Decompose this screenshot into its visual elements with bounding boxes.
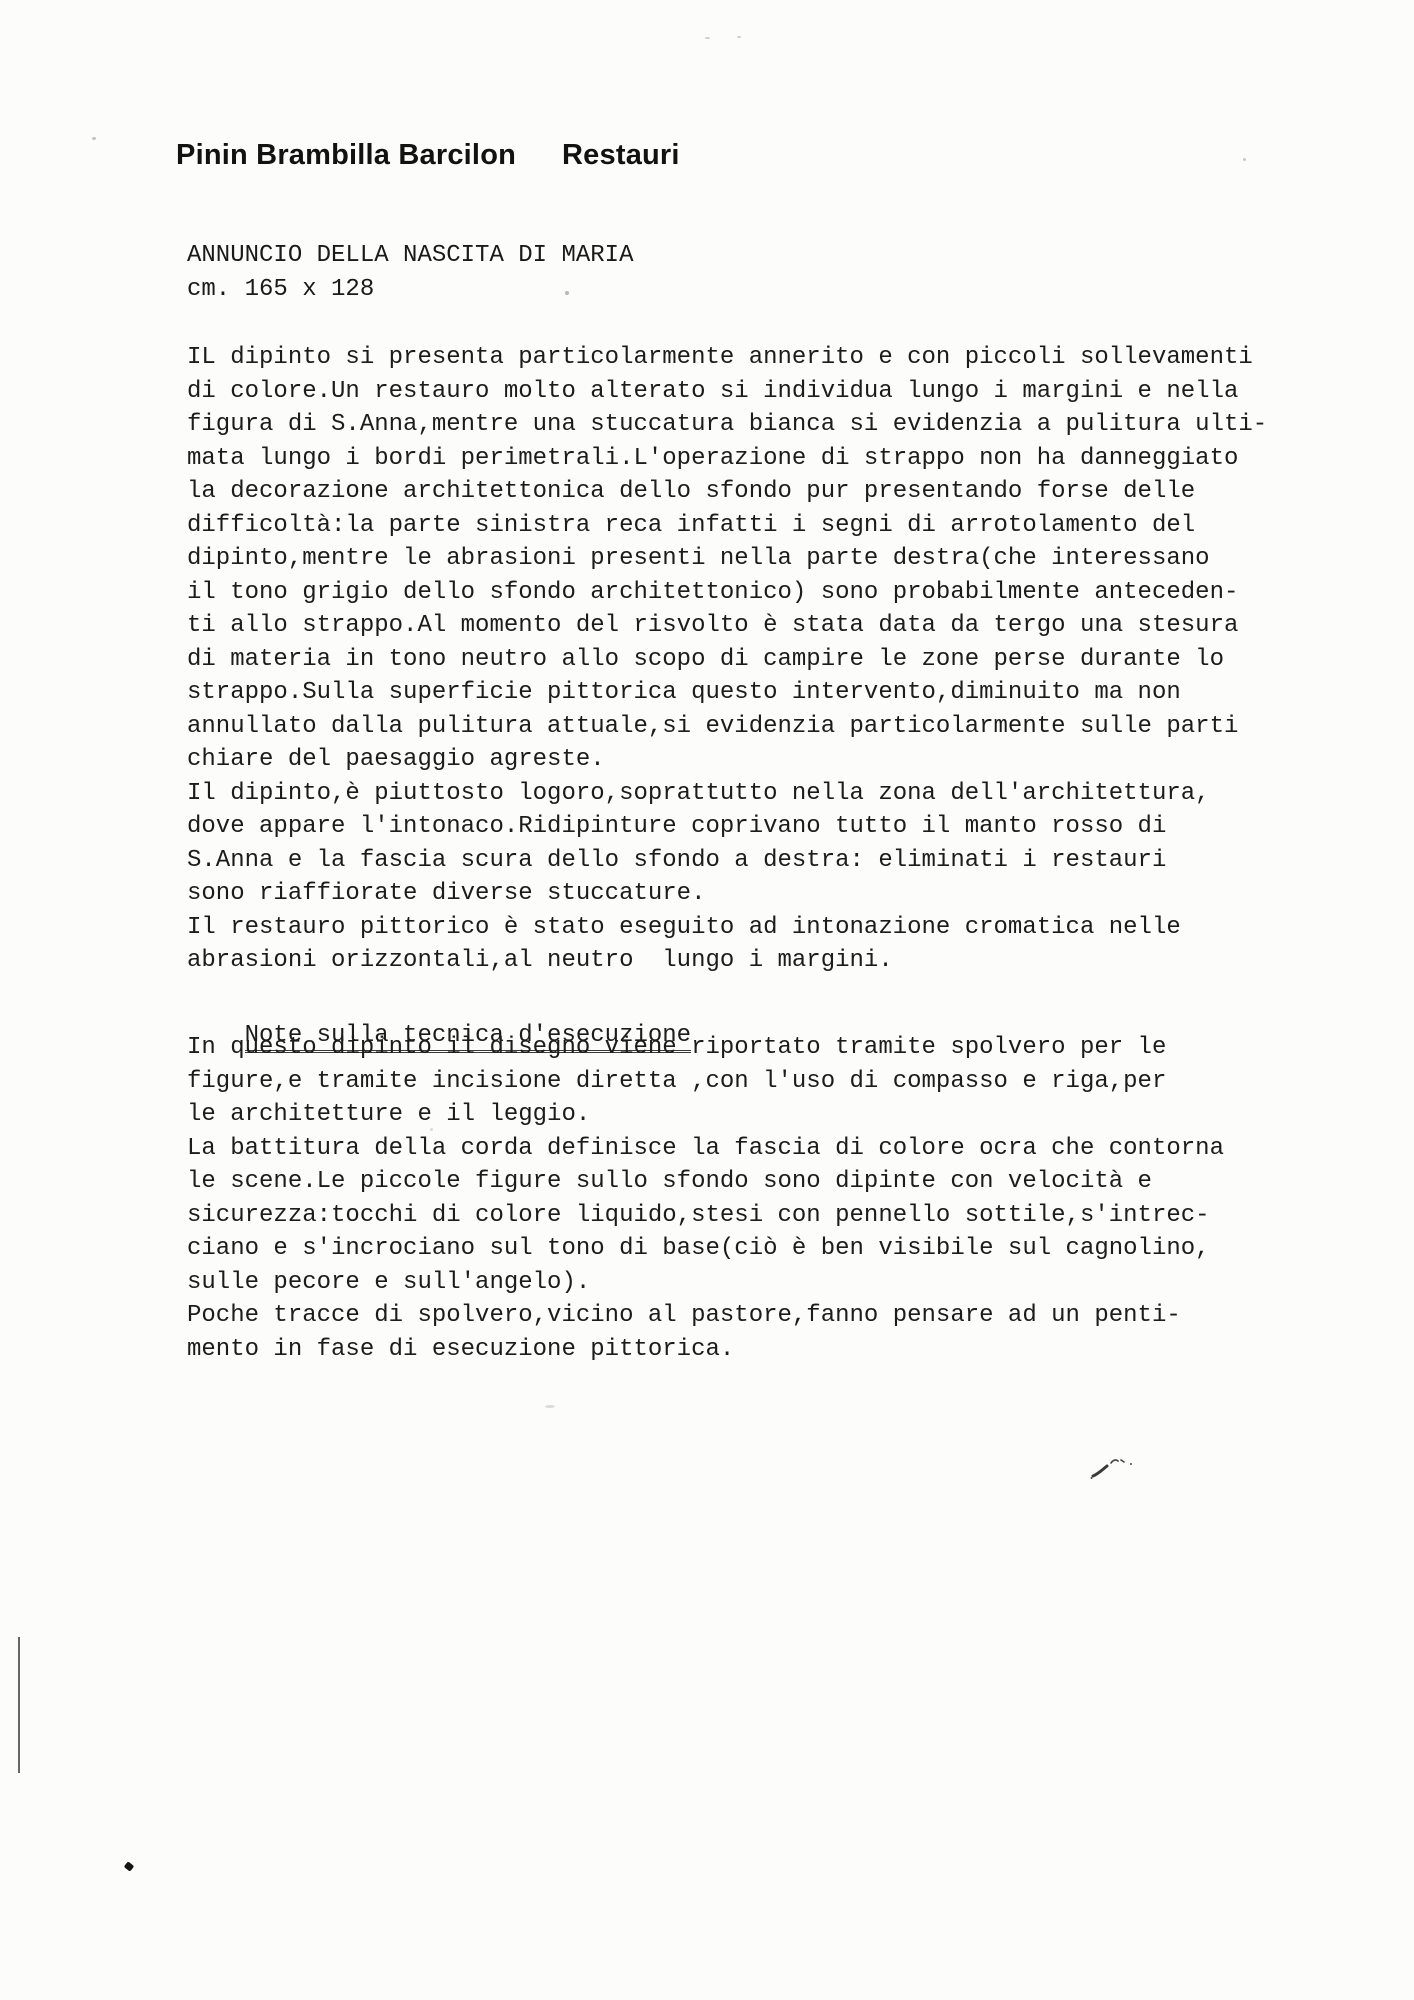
text-line: La battitura della corda definisce la fa… [187, 1132, 1224, 1166]
text-line: mata lungo i bordi perimetrali.L'operazi… [187, 442, 1267, 476]
text-line: Poche tracce di spolvero,vicino al pasto… [187, 1299, 1224, 1333]
text-line: di materia in tono neutro allo scopo di … [187, 643, 1267, 677]
text-line: sulle pecore e sull'angelo). [187, 1266, 1224, 1300]
text-line: dove appare l'intonaco.Ridipinture copri… [187, 810, 1267, 844]
text-line: In questo dipinto il disegno viene ripor… [187, 1031, 1224, 1065]
artwork-dimensions: cm. 165 x 128 [187, 276, 374, 303]
scan-speck [737, 36, 741, 38]
text-line: abrasioni orizzontali,al neutro lungo i … [187, 944, 1267, 978]
text-line: di colore.Un restauro molto alterato si … [187, 375, 1267, 409]
scan-speck [92, 137, 96, 140]
page-header: Pinin Brambilla BarcilonRestauri [143, 106, 680, 205]
text-line: Il restauro pittorico è stato eseguito a… [187, 911, 1267, 945]
scan-speck [545, 1405, 555, 1408]
text-line: sicurezza:tocchi di colore liquido,stesi… [187, 1199, 1224, 1233]
text-line: mento in fase di esecuzione pittorica. [187, 1333, 1224, 1367]
text-line: dipinto,mentre le abrasioni presenti nel… [187, 542, 1267, 576]
text-line: ciano e s'incrociano sul tono di base(ci… [187, 1232, 1224, 1266]
ink-dot-mark [124, 1861, 135, 1871]
scan-scratch-mark [18, 1637, 20, 1773]
text-line: le scene.Le piccole figure sullo sfondo … [187, 1165, 1224, 1199]
paragraph-condition-report: IL dipinto si presenta particolarmente a… [187, 341, 1267, 978]
scan-speck [430, 1128, 433, 1131]
author-name: Pinin Brambilla Barcilon [176, 139, 516, 171]
text-line: Il dipinto,è piuttosto logoro,soprattutt… [187, 777, 1267, 811]
text-line: S.Anna e la fascia scura dello sfondo a … [187, 844, 1267, 878]
text-line: difficoltà:la parte sinistra reca infatt… [187, 509, 1267, 543]
text-line: annullato dalla pulitura attuale,si evid… [187, 710, 1267, 744]
text-line: il tono grigio dello sfondo architettoni… [187, 576, 1267, 610]
scan-speck [565, 291, 569, 295]
scanned-document-page: Pinin Brambilla BarcilonRestauri ANNUNCI… [0, 0, 1414, 2000]
text-line: figure,e tramite incisione diretta ,con … [187, 1065, 1224, 1099]
text-line: le architetture e il leggio. [187, 1098, 1224, 1132]
text-line: strappo.Sulla superficie pittorica quest… [187, 676, 1267, 710]
text-line: sono riaffiorate diverse stuccature. [187, 877, 1267, 911]
scan-speck [1243, 158, 1246, 161]
document-title: ANNUNCIO DELLA NASCITA DI MARIA [187, 242, 633, 269]
text-line: ti allo strappo.Al momento del risvolto … [187, 609, 1267, 643]
text-line: chiare del paesaggio agreste. [187, 743, 1267, 777]
text-line: IL dipinto si presenta particolarmente a… [187, 341, 1267, 375]
text-line: la decorazione architettonica dello sfon… [187, 475, 1267, 509]
header-section-label: Restauri [562, 139, 680, 171]
paragraph-technique-notes: In questo dipinto il disegno viene ripor… [187, 1031, 1224, 1366]
pen-squiggle-mark [1090, 1453, 1134, 1481]
scan-speck [705, 37, 710, 39]
text-line: figura di S.Anna,mentre una stuccatura b… [187, 408, 1267, 442]
